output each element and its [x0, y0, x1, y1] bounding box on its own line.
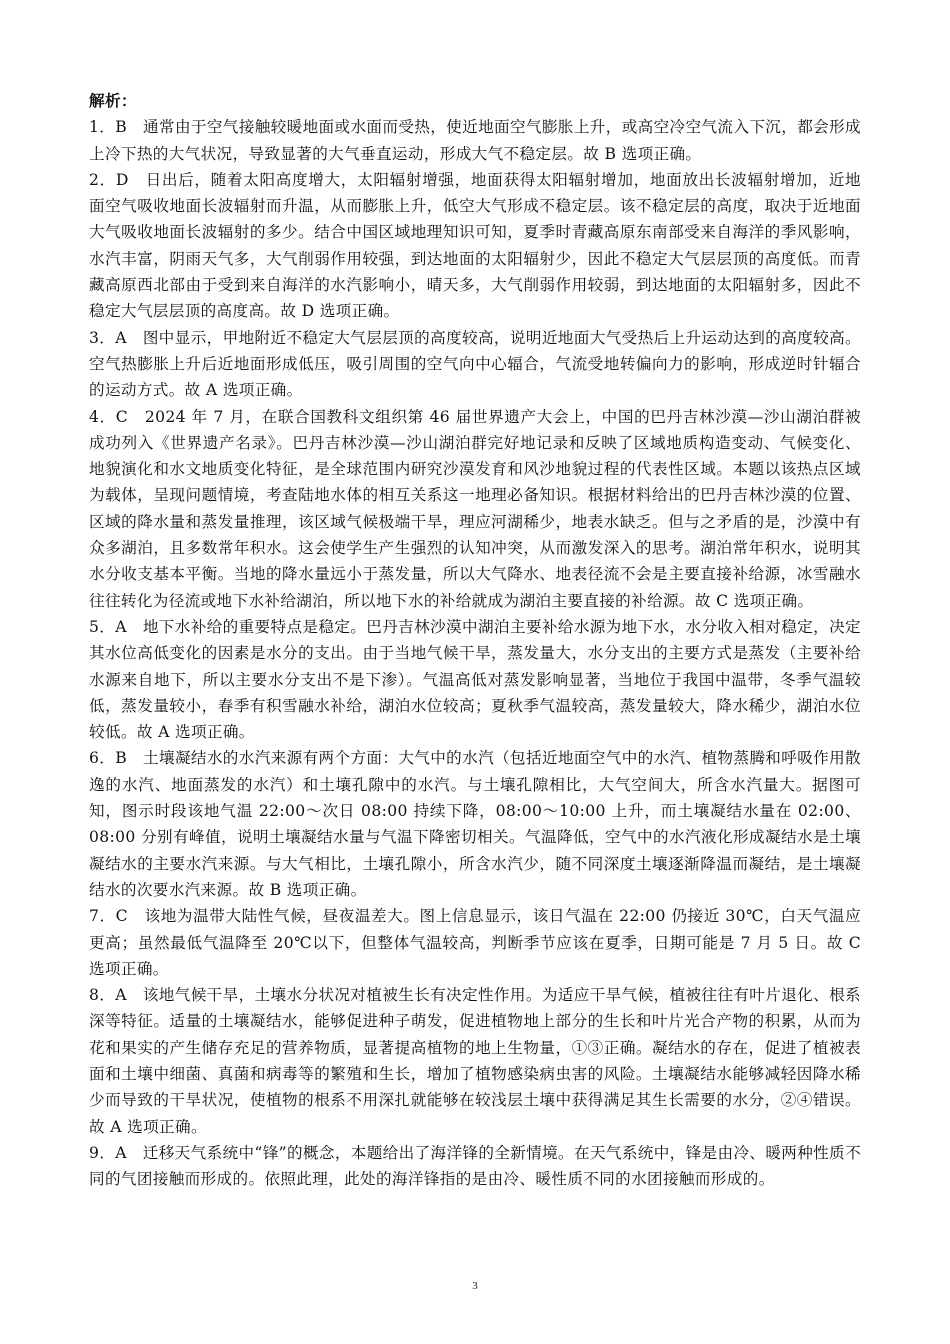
answer-text: 该地为温带大陆性气候，昼夜温差大。图上信息显示，该日气温在 22:00 仍接近 …: [89, 907, 861, 978]
answer-item-8: 8．A 该地气候干旱，土壤水分状况对植被生长有决定性作用。为适应干旱气候，植被往…: [89, 982, 861, 1140]
answer-item-7: 7．C 该地为温带大陆性气候，昼夜温差大。图上信息显示，该日气温在 22:00 …: [89, 903, 861, 982]
answer-text: 通常由于空气接触较暖地面或水面而受热，使近地面空气膨胀上升，或高空冷空气流入下沉…: [89, 118, 861, 162]
answer-number: 4．C: [89, 408, 128, 426]
answer-text: 该地气候干旱，土壤水分状况对植被生长有决定性作用。为适应干旱气候，植被往往有叶片…: [89, 986, 861, 1135]
answer-item-1: 1．B 通常由于空气接触较暖地面或水面而受热，使近地面空气膨胀上升，或高空冷空气…: [89, 114, 861, 167]
answer-text: 图中显示，甲地附近不稳定大气层层顶的高度较高，说明近地面大气受热后上升运动达到的…: [89, 329, 861, 400]
answer-text: 土壤凝结水的水汽来源有两个方面：大气中的水汽（包括近地面空气中的水汽、植物蒸腾和…: [89, 749, 861, 898]
answer-number: 2．D: [89, 171, 129, 189]
answer-item-4: 4．C 2024 年 7 月，在联合国教科文组织第 46 届世界遗产大会上，中国…: [89, 404, 861, 614]
answer-item-3: 3．A 图中显示，甲地附近不稳定大气层层顶的高度较高，说明近地面大气受热后上升运…: [89, 325, 861, 404]
answer-number: 5．A: [89, 618, 127, 636]
answer-text: 地下水补给的重要特点是稳定。巴丹吉林沙漠中湖泊主要补给水源为地下水，水分收入相对…: [89, 618, 861, 741]
answer-number: 1．B: [89, 118, 127, 136]
answer-text: 日出后，随着太阳高度增大，太阳辐射增强，地面获得太阳辐射增加，地面放出长波辐射增…: [89, 171, 861, 320]
analysis-heading: 解析：: [89, 88, 861, 114]
answer-number: 6．B: [89, 749, 127, 767]
document-page: 解析： 1．B 通常由于空气接触较暖地面或水面而受热，使近地面空气膨胀上升，或高…: [89, 88, 861, 1192]
answer-number: 8．A: [89, 986, 127, 1004]
answer-item-6: 6．B 土壤凝结水的水汽来源有两个方面：大气中的水汽（包括近地面空气中的水汽、植…: [89, 745, 861, 903]
answer-item-5: 5．A 地下水补给的重要特点是稳定。巴丹吉林沙漠中湖泊主要补给水源为地下水，水分…: [89, 614, 861, 745]
answer-number: 7．C: [89, 907, 128, 925]
answer-text: 2024 年 7 月，在联合国教科文组织第 46 届世界遗产大会上，中国的巴丹吉…: [89, 408, 861, 610]
answer-number: 3．A: [89, 329, 127, 347]
page-number: 3: [0, 1280, 950, 1292]
answer-text: 迁移天气系统中“锋”的概念，本题给出了海洋锋的全新情境。在天气系统中，锋是由冷、…: [89, 1144, 861, 1188]
answer-item-9: 9．A 迁移天气系统中“锋”的概念，本题给出了海洋锋的全新情境。在天气系统中，锋…: [89, 1140, 861, 1193]
answer-number: 9．A: [89, 1144, 127, 1162]
answer-item-2: 2．D 日出后，随着太阳高度增大，太阳辐射增强，地面获得太阳辐射增加，地面放出长…: [89, 167, 861, 325]
